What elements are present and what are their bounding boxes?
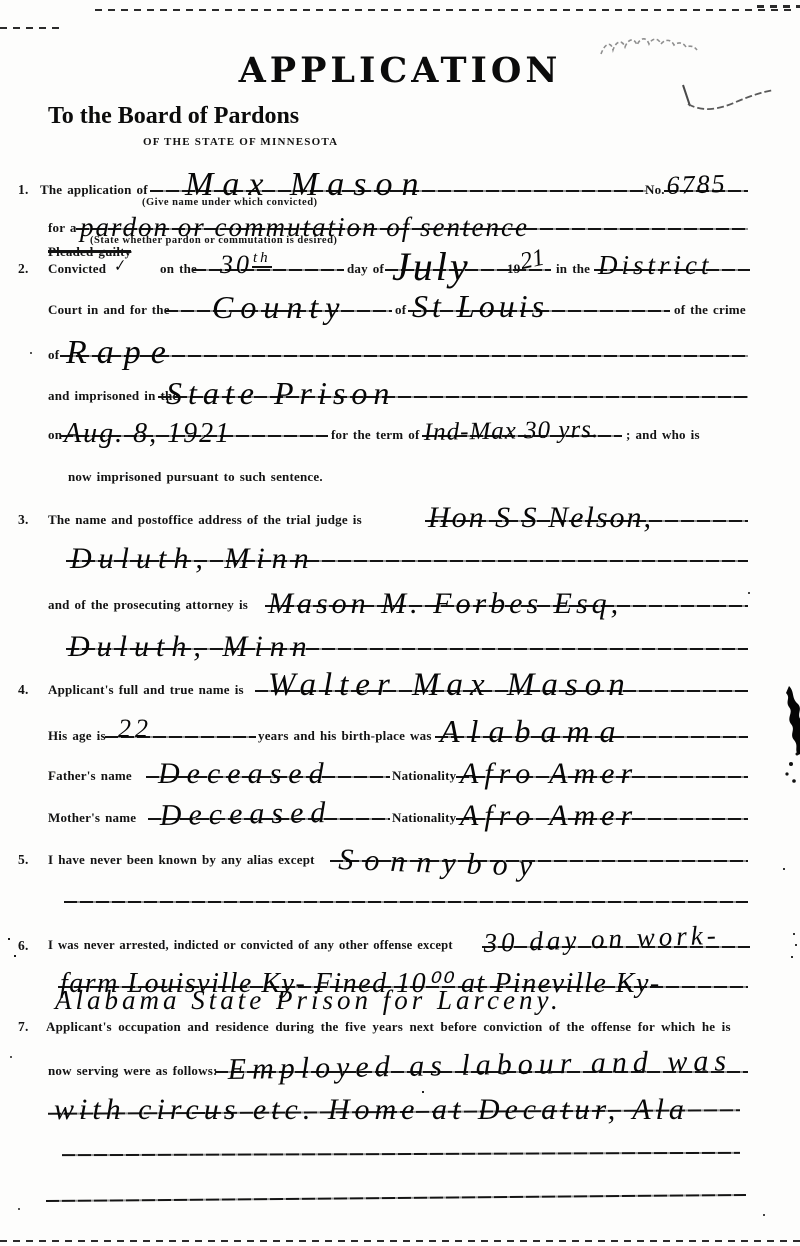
item6-number: 6. [18, 939, 29, 953]
blank-rule [62, 1152, 740, 1156]
form-line-application-of: 1. The application of Max Mason No. 6785 [0, 166, 800, 192]
item3-label: The name and postoffice address of the t… [48, 513, 362, 526]
form-line-judge-address: Duluth, Minn [0, 536, 800, 562]
pardon-application-document: APPLICATION To the Board of Pardons OF T… [0, 0, 800, 1246]
item1-label: The application of [40, 183, 148, 196]
imprison-date-handwritten: Aug. 8, 1921 [64, 421, 231, 446]
item4-label: Applicant's full and true name is [48, 683, 244, 696]
mother-nationality-label: Nationality [392, 811, 456, 824]
of-label2: of [48, 348, 59, 361]
birthplace-label: years and his birth-place was [258, 729, 432, 742]
father-nationality-label: Nationality [392, 769, 456, 782]
form-line-mother: Mother's name Deceased Nationality Afro … [0, 794, 800, 820]
for-a-label: for a [48, 221, 77, 234]
attorney-address-handwritten: Duluth, Minn [68, 633, 314, 660]
father-name-handwritten: Deceased [158, 760, 331, 787]
convicted-label: Convicted [48, 262, 106, 275]
sub-addressee-heading: OF THE STATE OF MINNESOTA [143, 136, 338, 148]
pleaded-guilty-struck: Pleaded guilty [48, 245, 131, 258]
alias-handwritten: Sonnyboy [338, 846, 543, 880]
form-line-judge: 3. The name and postoffice address of th… [0, 496, 800, 522]
form-line-alias: 5. I have never been known by any alias … [0, 836, 800, 862]
who-is-label: ; and who is [626, 428, 700, 441]
item1-number: 1. [18, 183, 29, 197]
imprisoned-label: and imprisoned in the [48, 389, 178, 402]
attorney-name-handwritten: Mason M. Forbes Esq, [268, 590, 622, 617]
judge-name-handwritten: Hon S S Nelson, [428, 504, 653, 531]
addressee-heading: To the Board of Pardons [48, 103, 299, 130]
form-line-attorney: and of the prosecuting attorney is Mason… [0, 581, 800, 607]
document-title: APPLICATION [0, 50, 800, 91]
item5-number: 5. [18, 853, 29, 867]
form-line-occupation2: with circus etc. Home at Decatur, Ala [0, 1087, 800, 1113]
item2-number: 2. [18, 262, 29, 276]
court-unit-handwritten: County [212, 293, 346, 322]
item7-label: Applicant's occupation and residence dur… [46, 1020, 731, 1033]
age-handwritten: 22 [118, 717, 152, 740]
form-line-crime: of Rape [0, 331, 800, 357]
term-handwritten: Ind-Max 30 yrs. [424, 418, 600, 444]
full-name-handwritten: Walter Max Mason [268, 671, 632, 701]
mother-nationality-handwritten: Afro Amer [460, 802, 638, 829]
occupation-line2-handwritten: with circus etc. Home at Decatur, Ala [54, 1096, 689, 1123]
day-handwritten: 30th [220, 252, 272, 276]
item6-label: I was never arrested, indicted or convic… [48, 939, 453, 952]
item4-number: 4. [18, 683, 29, 697]
court-line-label: Court in and for the [48, 303, 170, 316]
scan-specks [0, 0, 2, 2]
form-line-court: Court in and for the County of St Louis … [0, 286, 800, 312]
scan-edge-top [95, 9, 795, 11]
form-line-other-offense: 6. I was never arrested, indicted or con… [0, 922, 800, 948]
age-label: His age is [48, 729, 106, 742]
form-line-age-birthplace: His age is 22 years and his birth-place … [0, 712, 800, 738]
day-suffix: th [252, 250, 272, 268]
item7-label2: now serving were as follows: [48, 1064, 218, 1077]
on-label: on [48, 428, 62, 441]
case-number-handwritten: 6785 [666, 172, 727, 197]
scan-edge-bottom [0, 1240, 800, 1242]
crime-handwritten: Rape [66, 338, 176, 369]
birthplace-handwritten: Alabama [440, 717, 626, 746]
blank-rule [64, 901, 748, 903]
of-the-crime-label: of the crime [674, 303, 746, 316]
offense-line3-handwritten: Alabama State Prison for Larceny. [55, 988, 562, 1012]
in-the-label: in the [556, 262, 590, 275]
form-line-convicted: 2. Pleaded guilty Convicted ✓ on the 30t… [0, 245, 800, 271]
father-label: Father's name [48, 769, 132, 782]
case-no-label: No. [645, 183, 665, 196]
form-line-full-name: 4. Applicant's full and true name is Wal… [0, 666, 800, 692]
father-nationality-handwritten: Afro Amer [460, 760, 638, 787]
judge-address-handwritten: Duluth, Minn [70, 545, 316, 572]
day-value: 30 [220, 250, 252, 279]
year-handwritten: 21 [519, 248, 547, 274]
mother-label: Mother's name [48, 811, 136, 824]
month-handwritten: July [392, 249, 471, 285]
form-line-father: Father's name Deceased Nationality Afro … [0, 752, 800, 778]
item7-number: 7. [18, 1020, 29, 1034]
form-line-for-a: for a pardon or commutation of sentence [0, 204, 800, 230]
form-line-sentence-date: on Aug. 8, 1921 for the term of Ind-Max … [0, 411, 800, 437]
item2-footer: now imprisoned pursuant to such sentence… [68, 470, 323, 483]
court-place-handwritten: St Louis [412, 292, 548, 321]
term-label: for the term of [331, 428, 419, 441]
checkmark-icon: ✓ [112, 259, 127, 275]
blank-rule [46, 1194, 746, 1202]
of-label: of [395, 303, 406, 316]
court-type-handwritten: District [598, 253, 713, 277]
on-the-label: on the [160, 262, 197, 275]
mother-name-handwritten: Deceased [160, 799, 333, 829]
form-line-prison: and imprisoned in the State Prison [0, 372, 800, 398]
offense-line1-handwritten: 30 day on work- [483, 922, 720, 955]
item3-number: 3. [18, 513, 29, 527]
occupation-line1-handwritten: Employed as labour and was [228, 1047, 733, 1083]
form-line-attorney-address: Duluth, Minn [0, 624, 800, 650]
year-prefix: 19 [507, 262, 520, 275]
scan-edge-top-left [0, 27, 60, 29]
item5-label: I have never been known by any alias exc… [48, 853, 315, 866]
prison-handwritten: State Prison [166, 379, 395, 408]
form-line-occupation: now serving were as follows: Employed as… [0, 1047, 800, 1073]
attorney-label: and of the prosecuting attorney is [48, 598, 248, 611]
scan-edge-top-right [757, 5, 800, 8]
day-of-label: day of [347, 262, 384, 275]
